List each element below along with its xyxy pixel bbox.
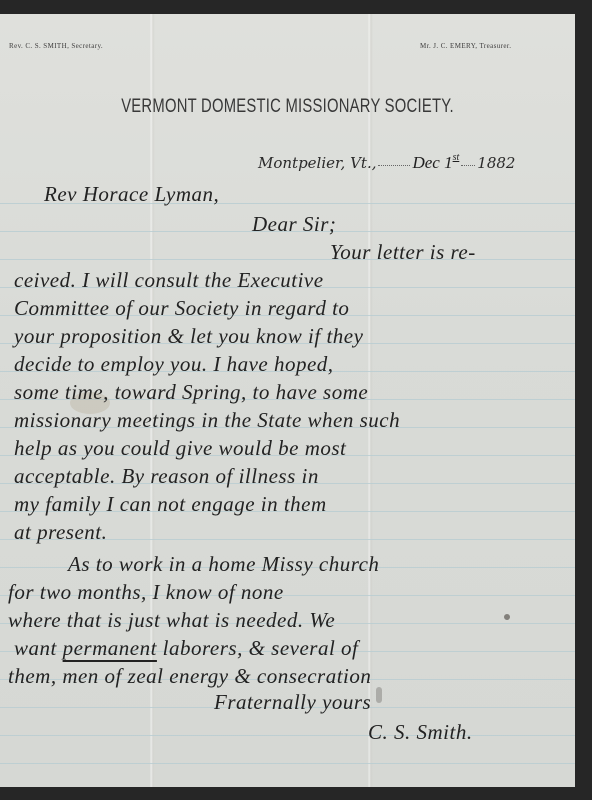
body-line-9: acceptable. By reason of illness in: [14, 464, 319, 489]
body-line-1: Your letter is re-: [330, 240, 476, 265]
signature: C. S. Smith.: [368, 720, 473, 745]
letterhead-title: VERMONT DOMESTIC MISSIONARY SOCIETY.: [63, 96, 512, 118]
body-line-5: decide to employ you. I have hoped,: [14, 352, 334, 377]
body-line-16: them, men of zeal energy & consecration: [8, 664, 371, 689]
letterhead-treasurer: Mr. J. C. EMERY, Treasurer.: [420, 42, 511, 50]
closing: Fraternally yours: [214, 690, 371, 715]
body-line-4: your proposition & let you know if they: [14, 324, 363, 349]
body-line-13: for two months, I know of none: [8, 580, 284, 605]
body-line-11: at present.: [14, 520, 107, 545]
ink-blot: [504, 614, 510, 620]
addressee: Rev Horace Lyman,: [44, 182, 219, 207]
body-line-3: Committee of our Society in regard to: [14, 296, 349, 321]
body-line-15: want permanent laborers, & several of: [14, 636, 358, 661]
underlined-word: permanent: [63, 636, 157, 660]
date-year: 1882: [477, 154, 515, 172]
body-line-2: ceived. I will consult the Executive: [14, 268, 324, 293]
body-line-7: missionary meetings in the State when su…: [14, 408, 400, 433]
ink-smudge: [376, 687, 382, 703]
letter-page: Rev. C. S. SMITH, Secretary. Mr. J. C. E…: [0, 14, 575, 787]
body-line-8: help as you could give would be most: [14, 436, 346, 461]
date-suffix: st: [453, 152, 460, 163]
date-month-day: Dec 1: [412, 153, 452, 172]
letterhead-secretary: Rev. C. S. SMITH, Secretary.: [9, 42, 103, 50]
dateline: Montpelier, Vt.,Dec 1st1882: [258, 152, 515, 173]
laborers-text: laborers, & several of: [157, 636, 358, 660]
body-line-10: my family I can not engage in them: [14, 492, 327, 517]
body-line-14: where that is just what is needed. We: [8, 608, 335, 633]
body-line-12: As to work in a home Missy church: [68, 552, 379, 577]
body-line-6: some time, toward Spring, to have some: [14, 380, 368, 405]
want-word: want: [14, 636, 63, 660]
date-place: Montpelier, Vt.,: [258, 154, 376, 172]
greeting: Dear Sir;: [252, 212, 336, 237]
